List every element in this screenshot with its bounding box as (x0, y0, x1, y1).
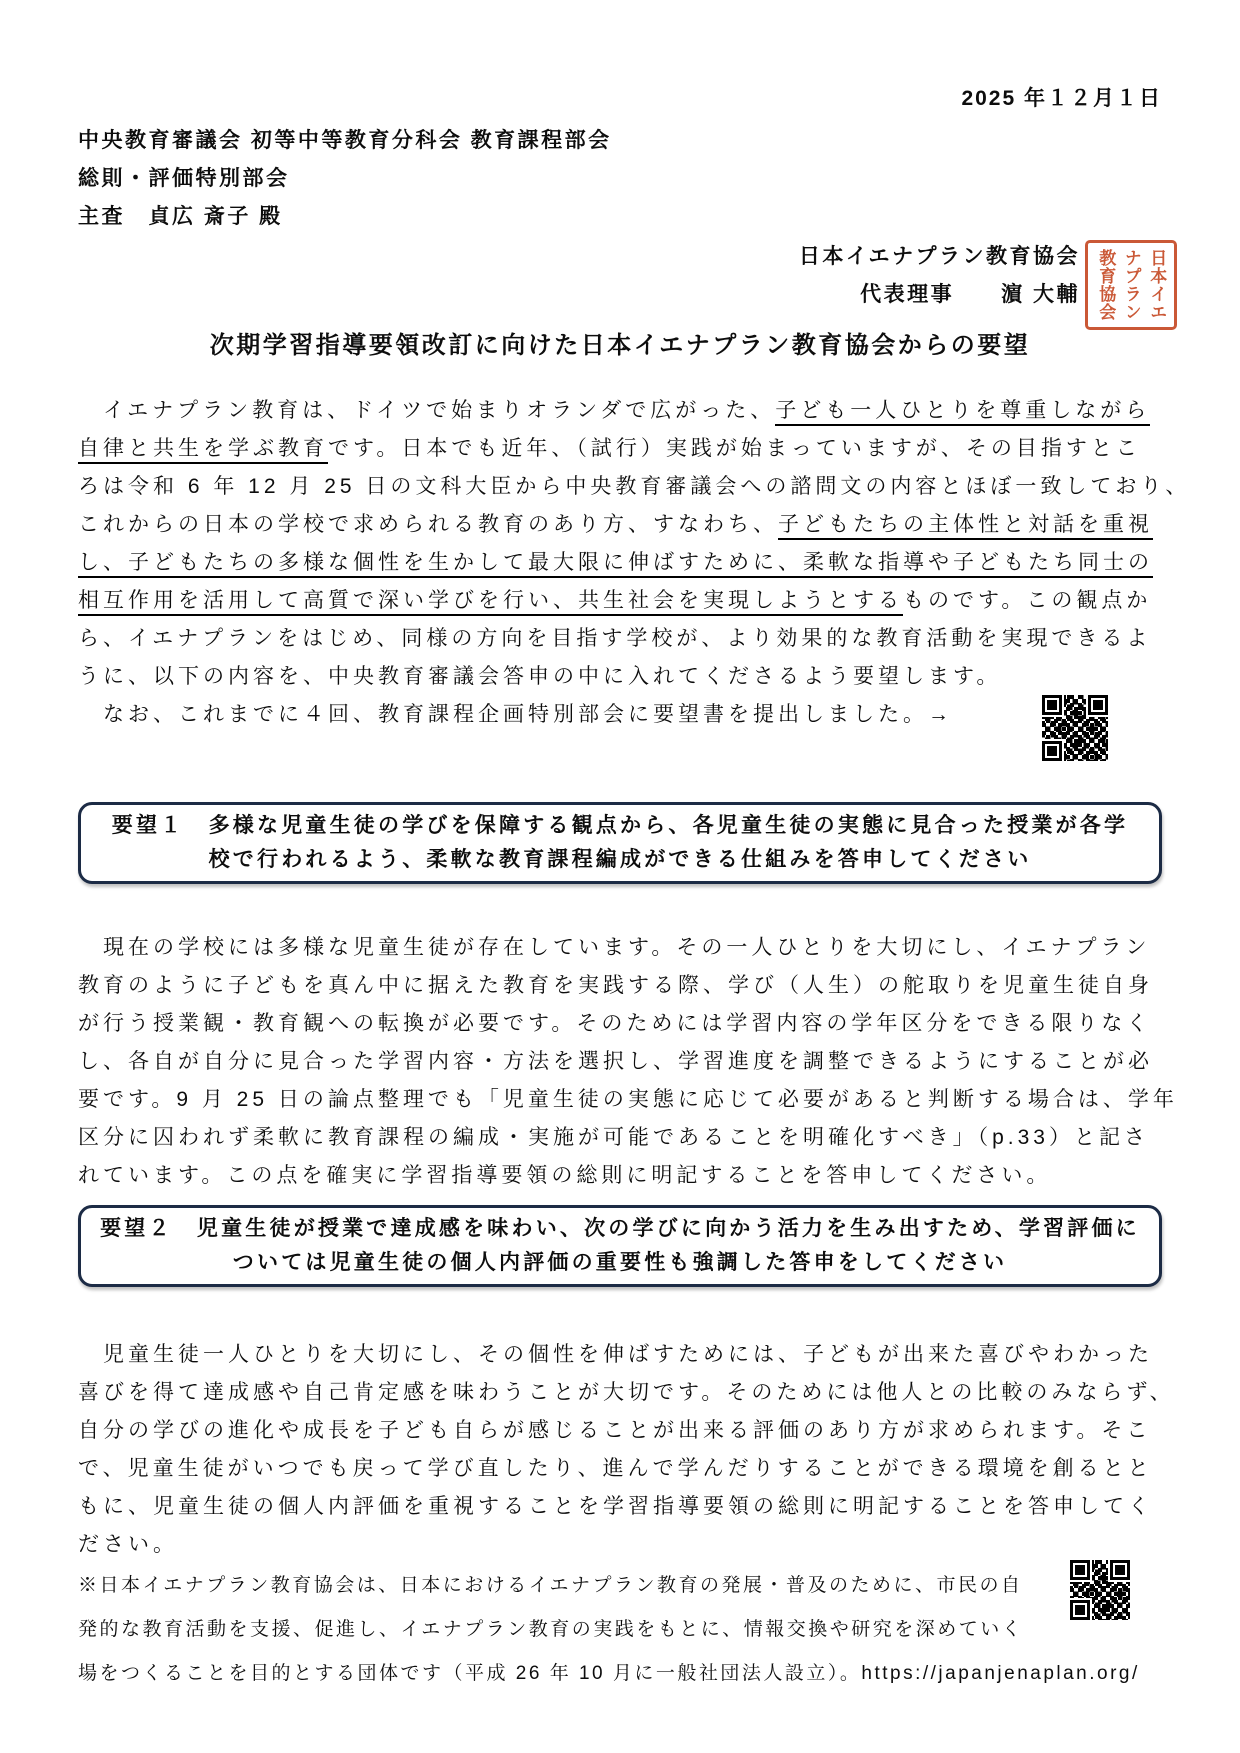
text-run: ついては児童生徒の個人内評価の重要性も強調した答申をしてください (233, 1251, 1007, 1274)
request1-heading-box: 要望１ 多様な児童生徒の学びを保障する観点から、各児童生徒の実態に見合った授業が… (78, 802, 1162, 884)
request1-heading-text: 要望１ 多様な児童生徒の学びを保障する観点から、各児童生徒の実態に見合った授業が… (89, 809, 1151, 877)
sender-org: 日本イエナプラン教育協会 (78, 238, 1080, 276)
document-title: 次期学習指導要領改訂に向けた日本イエナプラン教育協会からの要望 (78, 328, 1162, 364)
text-line: ナプラン (1118, 249, 1144, 321)
qr-finder-pattern-icon (1042, 695, 1062, 715)
qr-finder-pattern-icon (1110, 1560, 1130, 1580)
text-run: 児童生徒一人ひとりを大切にし、その個性を伸ばすためには、子どもが出来た喜びやわか… (78, 1343, 1153, 1366)
text-run: 現在の学校には多様な児童生徒が存在しています。その一人ひとりを大切にし、イエナプ… (78, 936, 1150, 959)
qr-code-icon-footer (1070, 1560, 1130, 1620)
text-run: 要望２ 児童生徒が授業で達成感を味わい、次の学びに向かう活力を生み出すため、学習… (100, 1217, 1140, 1240)
text-line: ら、イエナプランをはじめ、同様の方向を目指す学校が、より効果的な教育活動を実現で… (78, 620, 1162, 658)
addressee-line-2: 総則・評価特別部会 (78, 160, 1162, 198)
text-run: ら、イエナプランをはじめ、同様の方向を目指す学校が、より効果的な教育活動を実現で… (78, 627, 1151, 650)
text-run: 自律と共生を学ぶ教育 (78, 437, 328, 464)
text-run: 要です。9 月 25 日の論点整理でも「児童生徒の実態に応じて必要があると判断す… (78, 1088, 1178, 1111)
text-line: 日本イエ (1144, 249, 1170, 321)
text-run: ろは令和 6 年 12 月 25 日の文科大臣から中央教育審議会への諮問文の内容… (78, 475, 1190, 498)
text-run: 発的な教育活動を支援、促進し、イエナプラン教育の実践をもとに、情報交換や研究を深… (78, 1619, 1023, 1640)
request2-paragraph: 児童生徒一人ひとりを大切にし、その個性を伸ばすためには、子どもが出来た喜びやわか… (78, 1336, 1162, 1564)
intro-paragraph: イエナプラン教育は、ドイツで始まりオランダで広がった、子ども一人ひとりを尊重しな… (78, 392, 1162, 734)
text-run: もに、児童生徒の個人内評価を重視することを学習指導要領の総則に明記することを答申… (78, 1495, 1153, 1518)
qr-code-icon-intro (1042, 695, 1108, 761)
text-line: 自律と共生を学ぶ教育です。日本でも近年、（試行）実践が始まっていますが、その目指… (78, 430, 1162, 468)
text-run: 教育のように子どもを真ん中に据えた教育を実践する際、学び（人生）の舵取りを児童生… (78, 974, 1153, 997)
org-seal-icon: 日本イエナプラン教育協会 (1085, 240, 1177, 330)
text-run: 喜びを得て達成感や自己肯定感を味わうことが大切です。そのためには他人との比較のみ… (78, 1381, 1175, 1404)
text-line: 要です。9 月 25 日の論点整理でも「児童生徒の実態に応じて必要があると判断す… (78, 1081, 1162, 1119)
request2-heading-text: 要望２ 児童生徒が授業で達成感を味わい、次の学びに向かう活力を生み出すため、学習… (89, 1212, 1151, 1280)
text-run: 要望１ 多様な児童生徒の学びを保障する観点から、各児童生徒の実態に見合った授業が… (112, 814, 1128, 837)
text-line: 教育のように子どもを真ん中に据えた教育を実践する際、学び（人生）の舵取りを児童生… (78, 967, 1162, 1005)
text-run: し、子どもたちの多様な個性を生かして最大限に伸ばすために、柔軟な指導や子どもたち… (78, 551, 1153, 578)
text-line: 場をつくることを目的とする団体です（平成 26 年 10 月に一般社団法人設立）… (78, 1652, 1162, 1696)
text-run: が行う授業観・教育観への転換が必要です。そのためには学習内容の学年区分をできる限… (78, 1012, 1151, 1035)
footer-note-text: ※日本イエナプラン教育協会は、日本におけるイエナプラン教育の発展・普及のために、… (78, 1564, 1162, 1696)
text-line: が行う授業観・教育観への転換が必要です。そのためには学習内容の学年区分をできる限… (78, 1005, 1162, 1043)
document-content: 2025 年１２月１日 中央教育審議会 初等中等教育分科会 教育課程部会 総則・… (0, 0, 1240, 1696)
addressee-line-1: 中央教育審議会 初等中等教育分科会 教育課程部会 (78, 122, 1162, 160)
text-line: 教育協会 (1093, 249, 1119, 321)
text-run: で、児童生徒がいつでも戻って学び直したり、進んで学んだりすることができる環境を創… (78, 1457, 1153, 1480)
document-page: 2025 年１２月１日 中央教育審議会 初等中等教育分科会 教育課程部会 総則・… (0, 0, 1240, 1753)
text-run: ものです。この観点か (903, 589, 1151, 612)
text-line: 校で行われるよう、柔軟な教育課程編成ができる仕組みを答申してください (89, 843, 1151, 877)
text-run: です。日本でも近年、（試行）実践が始まっていますが、その目指すとこ (328, 437, 1141, 460)
text-run: 子ども一人ひとりを尊重しながら (775, 399, 1150, 426)
text-line: で、児童生徒がいつでも戻って学び直したり、進んで学んだりすることができる環境を創… (78, 1450, 1162, 1488)
text-line: ろは令和 6 年 12 月 25 日の文科大臣から中央教育審議会への諮問文の内容… (78, 468, 1162, 506)
text-run: 場をつくることを目的とする団体です（平成 26 年 10 月に一般社団法人設立）… (78, 1663, 861, 1684)
text-run: なお、これまでに４回、教育課程企画特別部会に要望書を提出しました。→ (78, 703, 953, 726)
text-line: ※日本イエナプラン教育協会は、日本におけるイエナプラン教育の発展・普及のために、… (78, 1564, 1162, 1608)
org-seal-text: 日本イエナプラン教育協会 (1093, 249, 1170, 321)
text-line: 発的な教育活動を支援、促進し、イエナプラン教育の実践をもとに、情報交換や研究を深… (78, 1608, 1162, 1652)
text-line: 喜びを得て達成感や自己肯定感を味わうことが大切です。そのためには他人との比較のみ… (78, 1374, 1162, 1412)
footer-note: ※日本イエナプラン教育協会は、日本におけるイエナプラン教育の発展・普及のために、… (78, 1564, 1162, 1696)
text-run: うに、以下の内容を、中央教育審議会答申の中に入れてくださるよう要望します。 (78, 665, 1001, 688)
footer-url[interactable]: https://japanjenaplan.org/ (861, 1663, 1139, 1684)
request2-heading-box: 要望２ 児童生徒が授業で達成感を味わい、次の学びに向かう活力を生み出すため、学習… (78, 1205, 1162, 1287)
text-run: 日本イエ (1147, 249, 1166, 321)
date-line: 2025 年１２月１日 (78, 0, 1162, 114)
text-run: 子どもたちの主体性と対話を重視 (778, 513, 1153, 540)
addressee-block: 中央教育審議会 初等中等教育分科会 教育課程部会 総則・評価特別部会 主査 貞広… (78, 122, 1162, 236)
text-line: 自分の学びの進化や成長を子ども自らが感じることが出来る評価のあり方が求められます… (78, 1412, 1162, 1450)
text-line: 区分に囚われず柔軟に教育課程の編成・実施が可能であることを明確化すべき」（p.3… (78, 1119, 1162, 1157)
request1-paragraph: 現在の学校には多様な児童生徒が存在しています。その一人ひとりを大切にし、イエナプ… (78, 929, 1162, 1195)
request2-paragraph-text: 児童生徒一人ひとりを大切にし、その個性を伸ばすためには、子どもが出来た喜びやわか… (78, 1336, 1162, 1564)
sender-representative: 代表理事 濵 大輔 (78, 276, 1080, 314)
text-line: し、子どもたちの多様な個性を生かして最大限に伸ばすために、柔軟な指導や子どもたち… (78, 544, 1162, 582)
addressee-line-3: 主査 貞広 斎子 殿 (78, 198, 1162, 236)
text-run: し、各自が自分に見合った学習内容・方法を選択し、学習進度を調整できるようにするこ… (78, 1050, 1153, 1073)
text-run: 自分の学びの進化や成長を子ども自らが感じることが出来る評価のあり方が求められます… (78, 1419, 1151, 1442)
qr-finder-pattern-icon (1088, 695, 1108, 715)
text-line: し、各自が自分に見合った学習内容・方法を選択し、学習進度を調整できるようにするこ… (78, 1043, 1162, 1081)
text-run: イエナプラン教育は、ドイツで始まりオランダで広がった、 (78, 399, 775, 422)
text-line: なお、これまでに４回、教育課程企画特別部会に要望書を提出しました。→ (78, 696, 1162, 734)
text-line: ださい。 (78, 1526, 1162, 1564)
text-line: これからの日本の学校で求められる教育のあり方、すなわち、子どもたちの主体性と対話… (78, 506, 1162, 544)
sender-block: 日本イエナプラン教育協会 代表理事 濵 大輔 日本イエナプラン教育協会 (78, 238, 1162, 314)
text-line: 要望１ 多様な児童生徒の学びを保障する観点から、各児童生徒の実態に見合った授業が… (89, 809, 1151, 843)
text-line: 児童生徒一人ひとりを大切にし、その個性を伸ばすためには、子どもが出来た喜びやわか… (78, 1336, 1162, 1374)
text-line: もに、児童生徒の個人内評価を重視することを学習指導要領の総則に明記することを答申… (78, 1488, 1162, 1526)
text-line: 現在の学校には多様な児童生徒が存在しています。その一人ひとりを大切にし、イエナプ… (78, 929, 1162, 967)
text-line: 相互作用を活用して高質で深い学びを行い、共生社会を実現しようとするものです。この… (78, 582, 1162, 620)
text-run: 相互作用を活用して高質で深い学びを行い、共生社会を実現しようとする (78, 589, 903, 616)
text-line: うに、以下の内容を、中央教育審議会答申の中に入れてくださるよう要望します。 (78, 658, 1162, 696)
text-line: 要望２ 児童生徒が授業で達成感を味わい、次の学びに向かう活力を生み出すため、学習… (89, 1212, 1151, 1246)
qr-finder-pattern-icon (1070, 1600, 1090, 1620)
text-line: ついては児童生徒の個人内評価の重要性も強調した答申をしてください (89, 1246, 1151, 1280)
text-run: ださい。 (78, 1533, 178, 1556)
text-run: 区分に囚われず柔軟に教育課程の編成・実施が可能であることを明確化すべき」（p.3… (78, 1126, 1149, 1149)
text-run: れています。この点を確実に学習指導要領の総則に明記することを答申してください。 (78, 1164, 1051, 1187)
text-run: 校で行われるよう、柔軟な教育課程編成ができる仕組みを答申してください (209, 848, 1032, 871)
qr-finder-pattern-icon (1042, 741, 1062, 761)
text-line: イエナプラン教育は、ドイツで始まりオランダで広がった、子ども一人ひとりを尊重しな… (78, 392, 1162, 430)
intro-paragraph-text: イエナプラン教育は、ドイツで始まりオランダで広がった、子ども一人ひとりを尊重しな… (78, 392, 1162, 734)
text-run: これからの日本の学校で求められる教育のあり方、すなわち、 (78, 513, 778, 536)
request1-paragraph-text: 現在の学校には多様な児童生徒が存在しています。その一人ひとりを大切にし、イエナプ… (78, 929, 1162, 1195)
text-run: ※日本イエナプラン教育協会は、日本におけるイエナプラン教育の発展・普及のために、… (78, 1575, 1022, 1596)
qr-finder-pattern-icon (1070, 1560, 1090, 1580)
text-run: 教育協会 (1096, 249, 1115, 321)
text-run: ナプラン (1122, 249, 1141, 321)
text-line: れています。この点を確実に学習指導要領の総則に明記することを答申してください。 (78, 1157, 1162, 1195)
